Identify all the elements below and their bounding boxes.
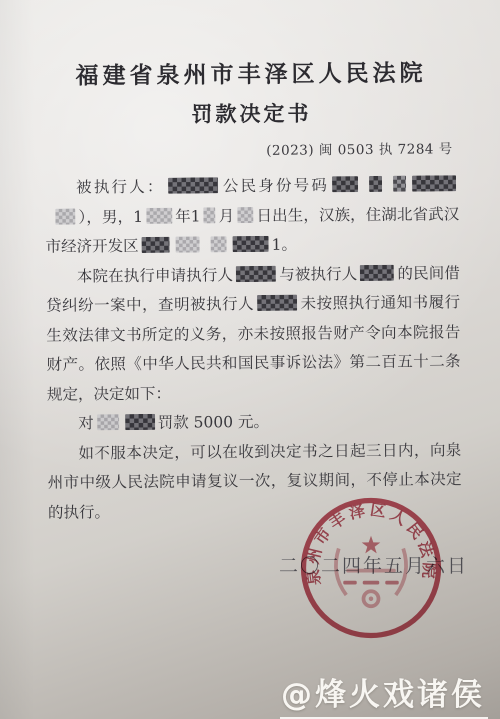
- redaction-block: [412, 175, 456, 191]
- text-segment: 年1: [175, 207, 201, 225]
- text-segment: 对: [78, 414, 94, 432]
- paragraph-respondent-info: 被执行人：公民身份号码），男，1年1月日出生，汉族，住湖北省武汉市经济开发区1。: [45, 170, 460, 262]
- redaction-block: [168, 177, 218, 193]
- document-photo: 福建省泉州市丰泽区人民法院 罚款决定书 (2023) 闽 0503 执 7284…: [0, 0, 500, 719]
- redaction-block: [204, 207, 216, 223]
- seal-emblem-bar: [346, 569, 396, 573]
- redaction-block: [146, 207, 172, 223]
- seal-wheat-left-icon: [336, 549, 346, 596]
- paper-sheet: 福建省泉州市丰泽区人民法院 罚款决定书 (2023) 闽 0503 执 7284…: [0, 0, 500, 719]
- redaction-block: [393, 176, 406, 192]
- redaction-block: [369, 176, 382, 192]
- seal-emblem-dash: [385, 581, 399, 585]
- seal-emblem-dash: [363, 581, 380, 585]
- text-segment: 公民身份号码: [221, 176, 330, 195]
- redaction-block: [211, 236, 227, 252]
- paragraph-decision: 对罚款 5000 元。: [47, 406, 461, 439]
- text-segment: ），男，1: [78, 207, 143, 226]
- redaction-block: [257, 295, 297, 311]
- seal-gear-center: [369, 597, 374, 602]
- text-segment: 本院在执行申请执行人: [77, 266, 233, 285]
- document-title: 罚款决定书: [44, 96, 458, 130]
- court-name: 福建省泉州市丰泽区人民法院: [44, 54, 458, 91]
- paragraph-findings: 本院在执行申请执行人与被执行人的民间借贷纠纷一案中，查明被执行人未按照执行通知书…: [46, 259, 461, 410]
- redaction-block: [176, 236, 200, 252]
- text-segment: 被执行人：: [76, 178, 165, 197]
- watermark: @烽火戏诸侯: [280, 669, 488, 719]
- redaction-block: [360, 264, 394, 280]
- seal-star-icon: [362, 536, 381, 554]
- redaction-block: [55, 208, 75, 224]
- redaction-block: [97, 414, 119, 430]
- redaction-block: [142, 237, 170, 253]
- redaction-block: [125, 414, 155, 430]
- redaction-block: [332, 176, 358, 192]
- redaction-block: [236, 265, 276, 281]
- case-number: (2023) 闽 0503 执 7284 号: [45, 137, 459, 161]
- court-seal: 泉州市丰泽区人民法院: [296, 493, 446, 643]
- text-segment: 与被执行人: [279, 265, 357, 284]
- text-segment: 1。: [272, 236, 298, 254]
- redaction-block: [233, 236, 269, 252]
- seal-wheat-right-icon: [396, 549, 406, 596]
- redaction-block: [237, 206, 253, 222]
- text-segment: 月: [219, 207, 235, 225]
- text-segment: 罚款 5000 元。: [158, 413, 269, 432]
- document-content: 福建省泉州市丰泽区人民法院 罚款决定书 (2023) 闽 0503 执 7284…: [44, 54, 462, 528]
- seal-emblem-dash: [343, 581, 357, 585]
